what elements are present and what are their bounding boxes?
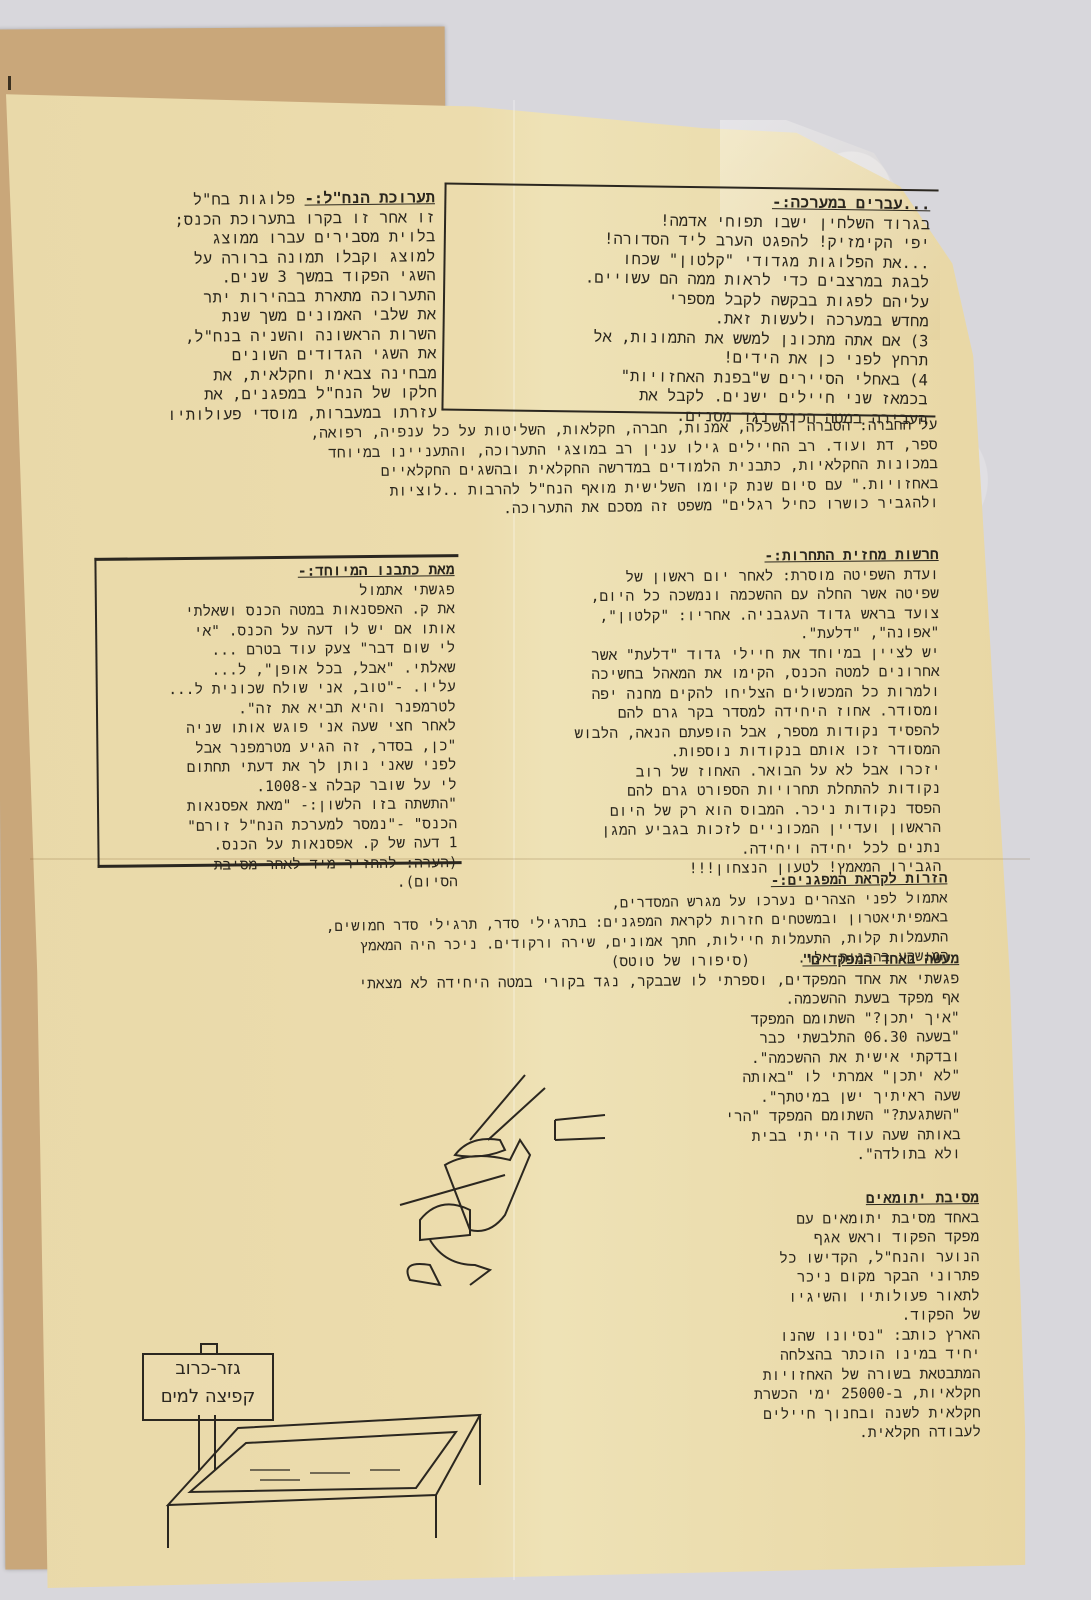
sign-post <box>198 1415 216 1470</box>
article-heading: מסיבת יתומאים <box>779 1189 979 1210</box>
page-mark <box>8 76 11 90</box>
article-party: מסיבת יתומאים באחד מסיבת יתומאים עםמפקד … <box>779 1189 981 1444</box>
text-line: הנוער והנח"ל, הקדישו כל <box>779 1248 979 1269</box>
article-exhibition: תערוכת הנח"ל:- פלוגות בח"ל זו אחר זו בקר… <box>95 188 437 426</box>
article-body: ועדת השפיטה מוסרת: לאחר יום ראשון שלשפיט… <box>477 565 942 881</box>
article-exhibition-continued: על החברה: הסברה והשכלה, אמנות, חברה, חקל… <box>95 416 938 525</box>
story-note: (סיפורו של טוטס) <box>611 953 750 970</box>
haaretz-quote: הארץ כותב: "נסיונו שהנויחיד במינו הוכתר … <box>780 1326 981 1445</box>
article-body: זו אחר זו בקרו בתערוכת הכנס;בלוית מסבירי… <box>95 208 437 426</box>
text-line: מפקד הפקוד וראש אגף <box>779 1228 979 1249</box>
text-line: פתרוני הבקר מקום ניכר <box>780 1267 980 1288</box>
cartoon-sign: גזר-כרוב קפיצה למים <box>142 1353 274 1421</box>
text-line: ולא בתולדה". <box>541 1145 961 1168</box>
article-story-commander: מעשה באחד המפקדים" (סיפורו של טוטס) פגשת… <box>539 950 961 1168</box>
sign-line-2: קפיצה למים <box>144 1383 272 1411</box>
article-body: בגרוד השלחין ישבו תפוחי אדמה!יפי הקימזיק… <box>443 208 930 429</box>
text-line: המתבטאת בשורה של האחזויות <box>780 1365 980 1386</box>
text-line: חקלאית לשנה ובחנוך חיילים <box>781 1404 981 1425</box>
article-heading: מעשה באחד המפקדים" <box>802 951 959 968</box>
sign-line-1: גזר-כרוב <box>144 1355 272 1383</box>
article-box-top-right: ...עברים במערכה:- בגרוד השלחין ישבו תפוח… <box>441 183 938 418</box>
article-heading: תערוכת הנח"ל:- <box>304 188 435 207</box>
text-line: עזרתו במעברות, מוסדי פעולותיו <box>97 403 437 426</box>
text-line: הארץ כותב: "נסיונו שהנו <box>780 1326 980 1347</box>
article-box-special-correspondent: מאת כתבנו המיוחד:- פגשתי אתמולאת ק. האפס… <box>94 554 461 868</box>
text-line: לתאור פעולותיו והשיגיו <box>780 1287 980 1308</box>
text-line: חקלאיות, ב-25000 ימי הכשרת <box>781 1384 981 1405</box>
article-body: פגשתי אתמולאת ק. האפסנאות במטה הכנס ושאל… <box>97 581 458 897</box>
text-line: באחד מסיבת יתומאים עם <box>779 1209 979 1230</box>
text-line: של הפקוד. <box>780 1306 980 1327</box>
heading-tail: פלוגות בח"ל <box>193 190 296 209</box>
article-competition-news: חרשות מחזית התחרות:- ועדת השפיטה מוסרת: … <box>477 546 942 882</box>
text-line: לעבודה חקלאית. <box>781 1423 981 1444</box>
article-body: באחד מסיבת יתומאים עםמפקד הפקוד וראש אגף… <box>779 1209 980 1328</box>
article-body: פגשתי את אחד המפקדים, וספרתי לו שבבקר, נ… <box>539 970 961 1169</box>
text-line: יחיד במינו הוכתר בהצלחה <box>780 1345 980 1366</box>
article-body: על החברה: הסברה והשכלה, אמנות, חברה, חקל… <box>95 416 938 525</box>
